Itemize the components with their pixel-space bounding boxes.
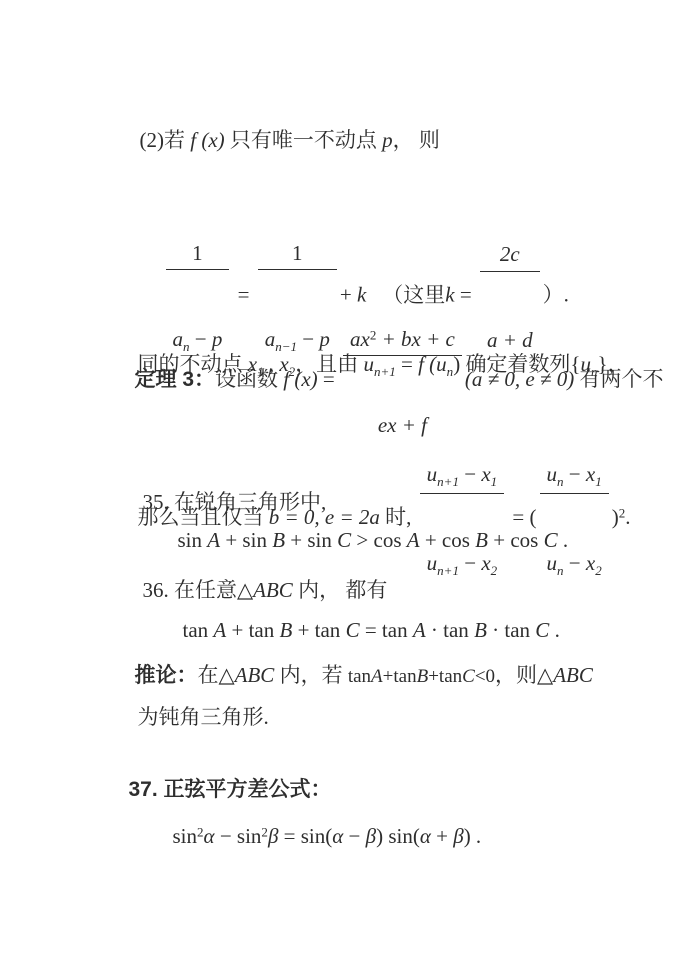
math-token: <0 xyxy=(475,666,495,687)
math-token: α xyxy=(204,824,215,848)
math-token: β xyxy=(366,824,376,848)
math-token: + xyxy=(431,824,453,848)
math-token: ABC xyxy=(553,663,593,687)
numerator: un+1 − x1 xyxy=(420,460,505,494)
math-token: − xyxy=(343,824,365,848)
math-token: B xyxy=(417,666,429,687)
math-token: u xyxy=(427,462,438,486)
math-token: sin( xyxy=(388,824,420,848)
math-token: u xyxy=(581,352,592,376)
subscript: n+1 xyxy=(437,563,459,578)
text-run: 同的不动点 xyxy=(138,352,248,376)
text-run: ， 则 xyxy=(393,128,440,152)
text-run: 确定着数列{ xyxy=(460,352,580,376)
math-token: A xyxy=(407,528,420,552)
math-fx: f (x) xyxy=(190,128,224,152)
triangle-symbol: △ xyxy=(537,663,553,687)
math-token: x xyxy=(481,551,490,575)
eq-35: sin A + sin B + sin C > cos A + cos B + … xyxy=(167,501,568,554)
item-number: 36. xyxy=(143,578,169,602)
math-token: + sin xyxy=(220,528,272,552)
math-token: u xyxy=(427,551,438,575)
math-token: x xyxy=(481,462,490,486)
math-token: +tan xyxy=(383,666,417,687)
text-run: (2)若 xyxy=(140,128,191,152)
math-token: C xyxy=(337,528,351,552)
math-token: +tan xyxy=(428,666,462,687)
math-token: sin xyxy=(237,824,262,848)
text-run: ，且由 xyxy=(295,352,363,376)
math-token: − xyxy=(215,824,237,848)
math-token: x xyxy=(586,462,595,486)
math-token: α xyxy=(420,824,431,848)
math-token: − xyxy=(459,462,481,486)
math-token: − xyxy=(564,462,586,486)
math-token: u xyxy=(547,462,558,486)
subscript: 2 xyxy=(491,563,498,578)
math-token: . xyxy=(625,505,630,529)
math-token: x xyxy=(248,352,257,376)
math-token: − xyxy=(564,551,586,575)
math-token: β xyxy=(268,824,278,848)
text-run: 只有唯一不动点 xyxy=(225,128,383,152)
subscript: n+1 xyxy=(374,364,396,379)
text-run: 为钝角三角形. xyxy=(138,705,269,729)
fixed-point-intro-line: (2)若 f (x) 只有唯一不动点 p， 则 xyxy=(129,101,440,154)
math-token: ) xyxy=(612,505,619,529)
math-token: β xyxy=(453,824,463,848)
math-token: C xyxy=(544,528,558,552)
text-run: }， xyxy=(598,352,629,376)
math-token: A xyxy=(371,666,383,687)
math-token: A xyxy=(207,528,220,552)
math-token: C xyxy=(462,666,475,687)
eq-37: sin2α − sin2β = sin(α − β) sin(α + β) . xyxy=(162,797,481,850)
document-page: { "doc": { "tok": { "one": "1", "a": "a"… xyxy=(0,0,687,971)
item-number: 37. xyxy=(129,778,164,801)
corollary-line-2: 为钝角三角形. xyxy=(127,678,269,731)
math-token: − xyxy=(459,551,481,575)
math-token: sin( xyxy=(301,824,333,848)
math-token: f ( xyxy=(418,352,436,376)
math-token: sin xyxy=(173,824,198,848)
subscript: 1 xyxy=(595,474,602,489)
math-token: u xyxy=(436,352,447,376)
math-token: ) xyxy=(376,824,388,848)
subscript: 1 xyxy=(491,474,498,489)
math-token: sin xyxy=(178,528,208,552)
math-token: > cos xyxy=(351,528,407,552)
math-token: u xyxy=(363,352,374,376)
subscript: n+1 xyxy=(437,474,459,489)
math-token: p xyxy=(382,128,393,152)
math-token: B xyxy=(475,528,488,552)
math-token: α xyxy=(332,824,343,848)
item-number: 35. xyxy=(143,490,169,514)
text-run: ，则 xyxy=(495,663,537,687)
math-token: u xyxy=(547,551,558,575)
numerator: un − x1 xyxy=(540,460,609,494)
math-token: B xyxy=(272,528,285,552)
math-token: , xyxy=(264,352,280,376)
math-token: + cos xyxy=(488,528,544,552)
math-token: . xyxy=(558,528,569,552)
math-token: + sin xyxy=(285,528,337,552)
math-token: x xyxy=(279,352,288,376)
subscript: 2 xyxy=(595,563,602,578)
math-token: = xyxy=(396,352,418,376)
fixed-points-line: 同的不动点 x1 , x2，且由 un+1 = f (un) 确定着数列{un}… xyxy=(127,325,629,381)
math-token: tan xyxy=(348,666,371,687)
math-token: = xyxy=(278,824,300,848)
math-token: ) . xyxy=(464,824,482,848)
item-37-heading: 37. 正弦平方差公式： xyxy=(118,750,332,804)
math-token: + cos xyxy=(420,528,476,552)
math-token: x xyxy=(586,551,595,575)
text-run: 内，若 xyxy=(274,663,348,687)
